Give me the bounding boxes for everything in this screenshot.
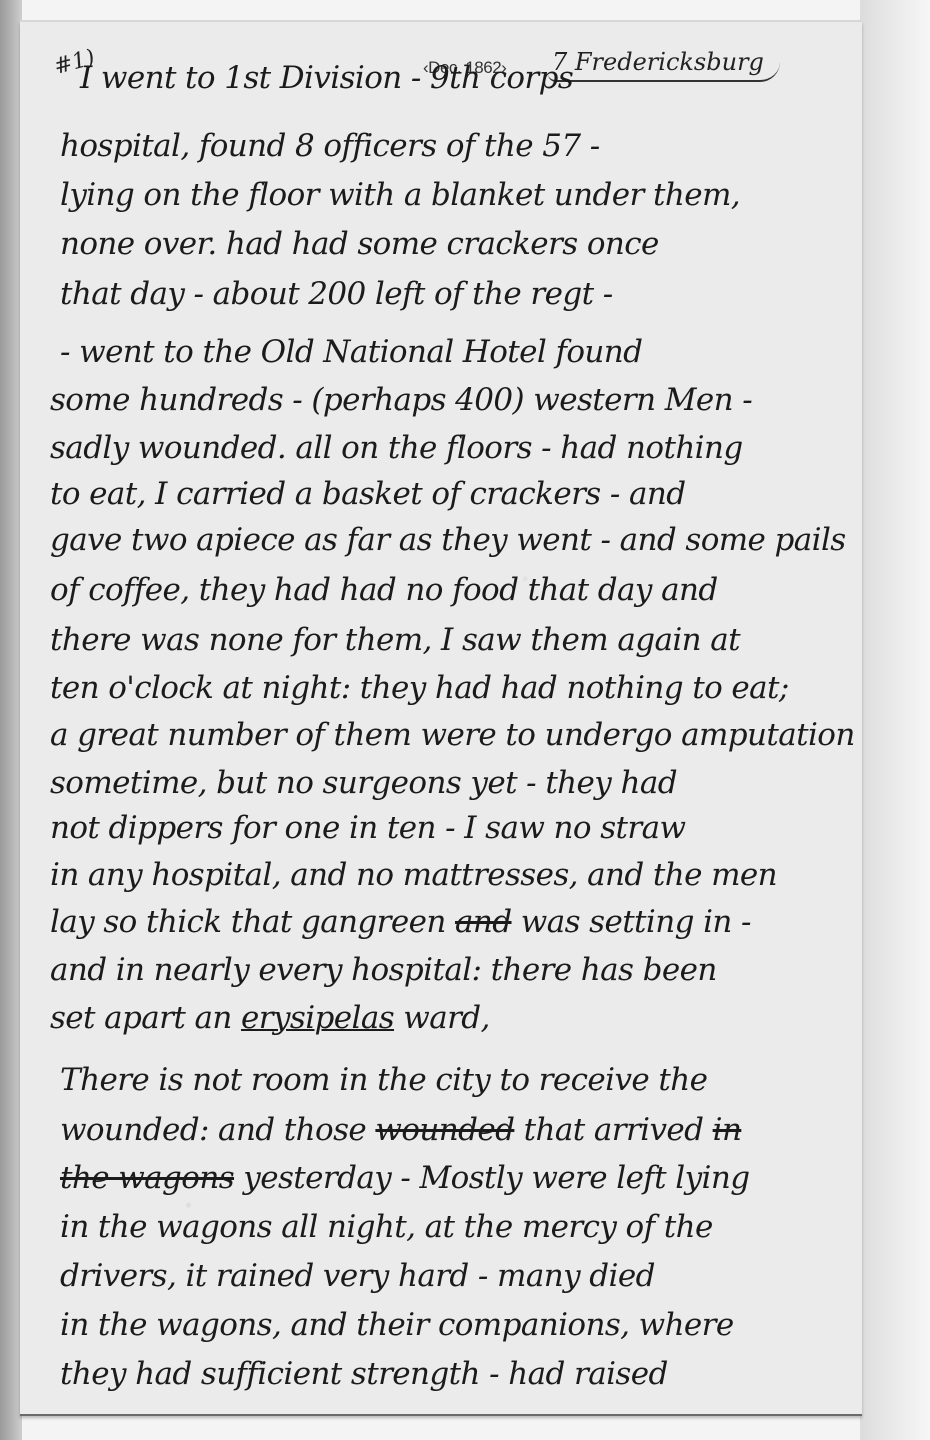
struck-word: wounded xyxy=(375,1112,514,1148)
manuscript-line: There is not room in the city to receive… xyxy=(60,1062,707,1098)
manuscript-line: I went to 1st Division - 9th corps xyxy=(80,60,573,96)
manuscript-line: a great number of them were to undergo a… xyxy=(50,717,855,753)
scan-left-edge xyxy=(0,0,22,1440)
manuscript-line: sometime, but no surgeons yet - they had xyxy=(50,765,677,801)
manuscript-line: lay so thick that gangreen and was setti… xyxy=(50,904,751,940)
manuscript-line: set apart an erysipelas ward, xyxy=(50,1000,490,1036)
manuscript-line: - went to the Old National Hotel found xyxy=(60,334,642,370)
struck-word: in xyxy=(713,1112,742,1148)
manuscript-page: #1) ‹Dec. 1862› 7 Fredericksburg I went … xyxy=(20,22,862,1416)
heading-place: 7 Fredericksburg xyxy=(548,48,780,82)
manuscript-line: gave two apiece as far as they went - an… xyxy=(50,522,846,558)
manuscript-line: they had sufficient strength - had raise… xyxy=(60,1356,668,1392)
underlined-word: erysipelas xyxy=(241,1000,394,1036)
manuscript-line: in any hospital, and no mattresses, and … xyxy=(50,857,777,893)
manuscript-line: lying on the floor with a blanket under … xyxy=(60,177,740,213)
manuscript-line: in the wagons all night, at the mercy of… xyxy=(60,1209,713,1245)
manuscript-line: the wagons yesterday - Mostly were left … xyxy=(60,1160,749,1196)
manuscript-line: that day - about 200 left of the regt - xyxy=(60,276,613,312)
manuscript-line: wounded: and those wounded that arrived … xyxy=(60,1112,741,1148)
manuscript-line: not dippers for one in ten - I saw no st… xyxy=(50,810,685,846)
scan-right-shadow xyxy=(860,0,930,1440)
struck-word: the wagons xyxy=(60,1160,234,1196)
manuscript-line: in the wagons, and their companions, whe… xyxy=(60,1307,734,1343)
manuscript-line: hospital, found 8 officers of the 57 - xyxy=(60,128,600,164)
manuscript-line: sadly wounded. all on the floors - had n… xyxy=(50,430,743,466)
manuscript-line: ten o'clock at night: they had had nothi… xyxy=(50,670,789,706)
struck-word: and xyxy=(455,904,512,940)
manuscript-line: and in nearly every hospital: there has … xyxy=(50,952,717,988)
manuscript-line: some hundreds - (perhaps 400) western Me… xyxy=(50,382,752,418)
manuscript-line: of coffee, they had had no food that day… xyxy=(50,572,718,608)
manuscript-line: none over. had had some crackers once xyxy=(60,226,659,262)
manuscript-line: to eat, I carried a basket of crackers -… xyxy=(50,476,685,512)
manuscript-line: drivers, it rained very hard - many died xyxy=(60,1258,655,1294)
manuscript-line: there was none for them, I saw them agai… xyxy=(50,622,740,658)
